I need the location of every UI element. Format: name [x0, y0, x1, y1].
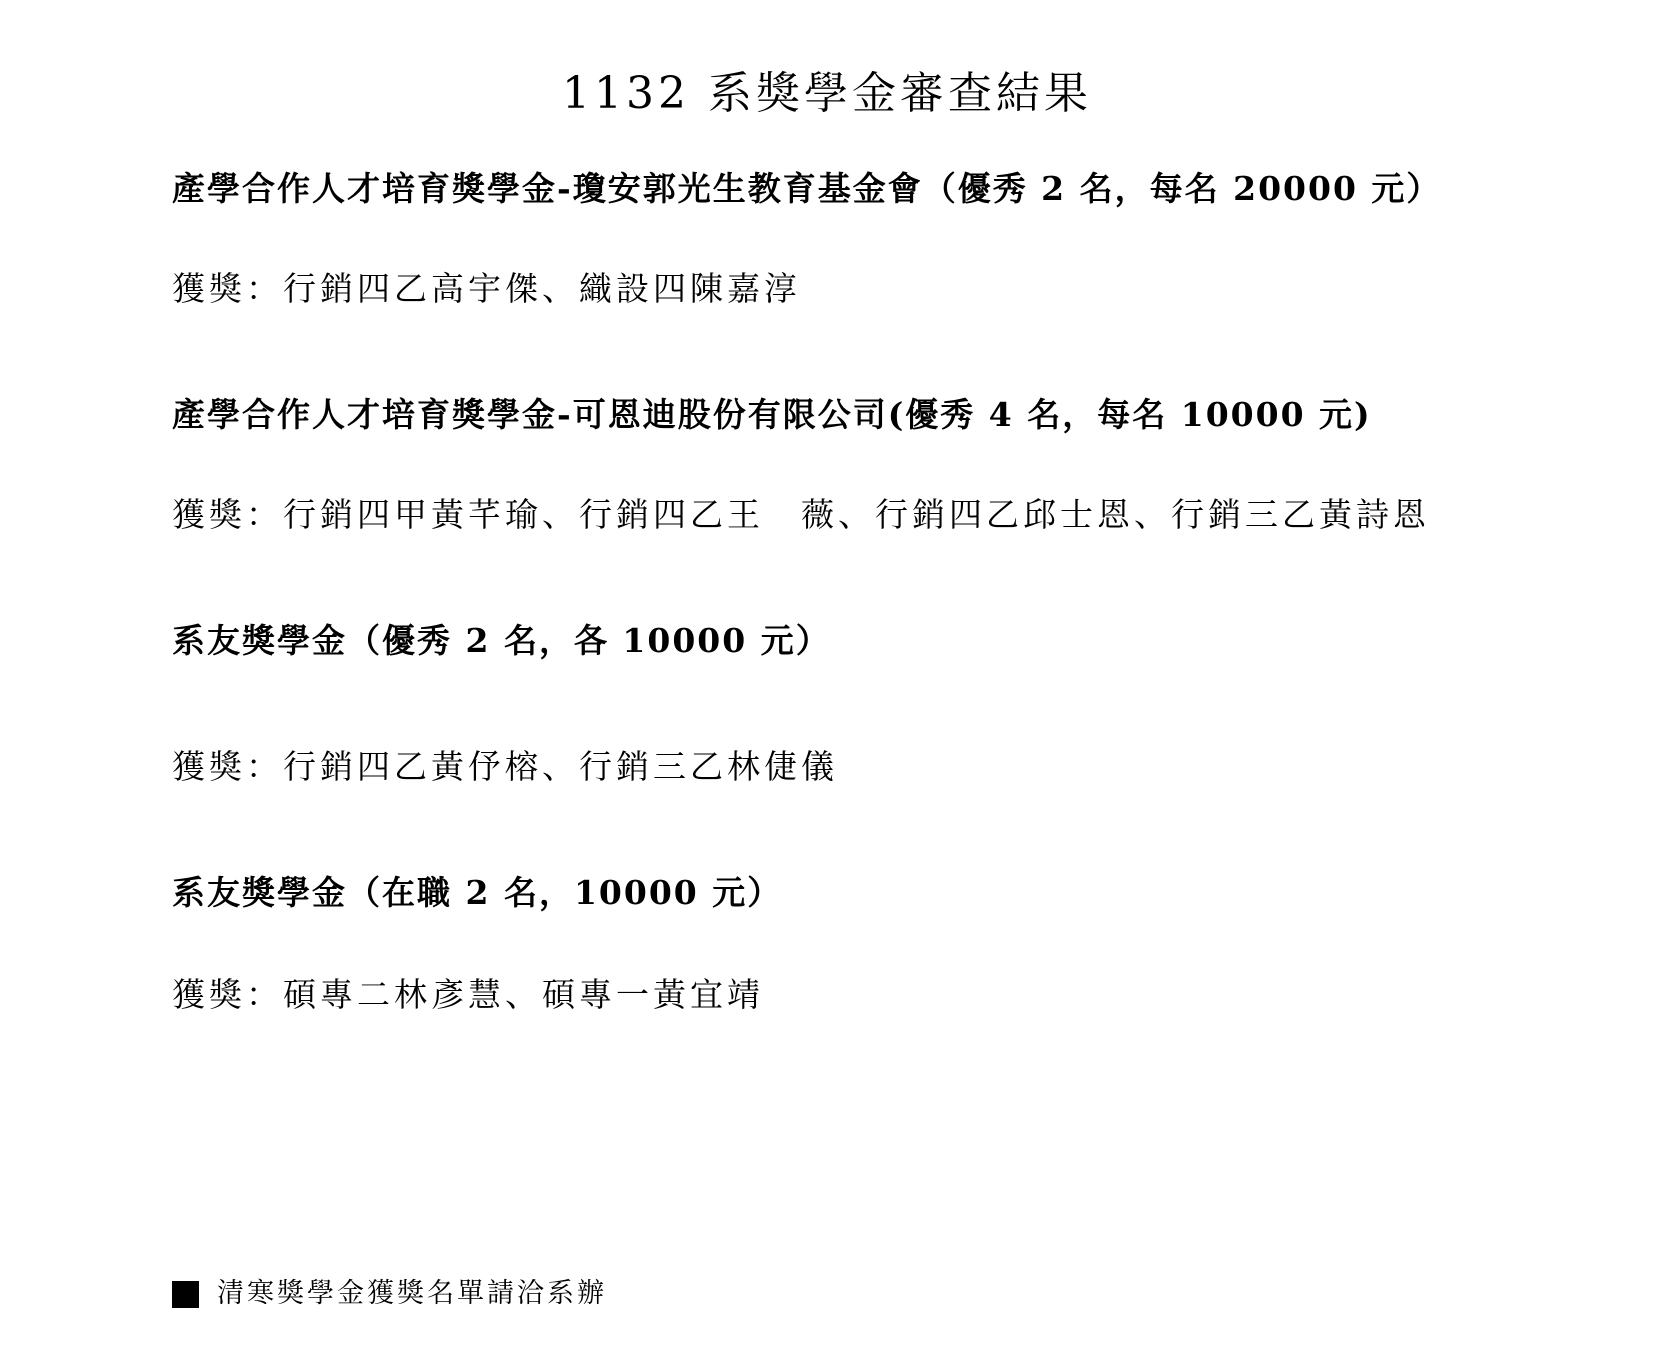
winners-list: 獲獎：行銷四甲黃芊瑜、行銷四乙王 薇、行銷四乙邱士恩、行銷三乙黃詩恩 [172, 494, 1430, 536]
section-heading: 產學合作人才培育獎學金-瓊安郭光生教育基金會（優秀 2 名，每名 20000 元… [172, 168, 1441, 210]
section-heading: 系友獎學金（在職 2 名，10000 元） [172, 872, 782, 914]
section-heading: 系友獎學金（優秀 2 名，各 10000 元） [172, 620, 831, 662]
section-heading: 產學合作人才培育獎學金-可恩迪股份有限公司(優秀 4 名，每名 10000 元) [172, 394, 1372, 436]
footer-note-text: 清寒獎學金獲獎名單請洽系辦 [217, 1276, 607, 1312]
footer-note: 清寒獎學金獲獎名單請洽系辦 [172, 1276, 607, 1312]
page-title: 1132 系獎學金審查結果 [0, 67, 1654, 121]
winners-list: 獲獎：行銷四乙黃伃榕、行銷三乙林倢儀 [172, 746, 838, 788]
black-square-bullet-icon [172, 1281, 199, 1308]
winners-list: 獲獎：碩專二林彥慧、碩專一黃宜靖 [172, 974, 764, 1016]
winners-list: 獲獎：行銷四乙高宇傑、織設四陳嘉淳 [172, 268, 801, 310]
